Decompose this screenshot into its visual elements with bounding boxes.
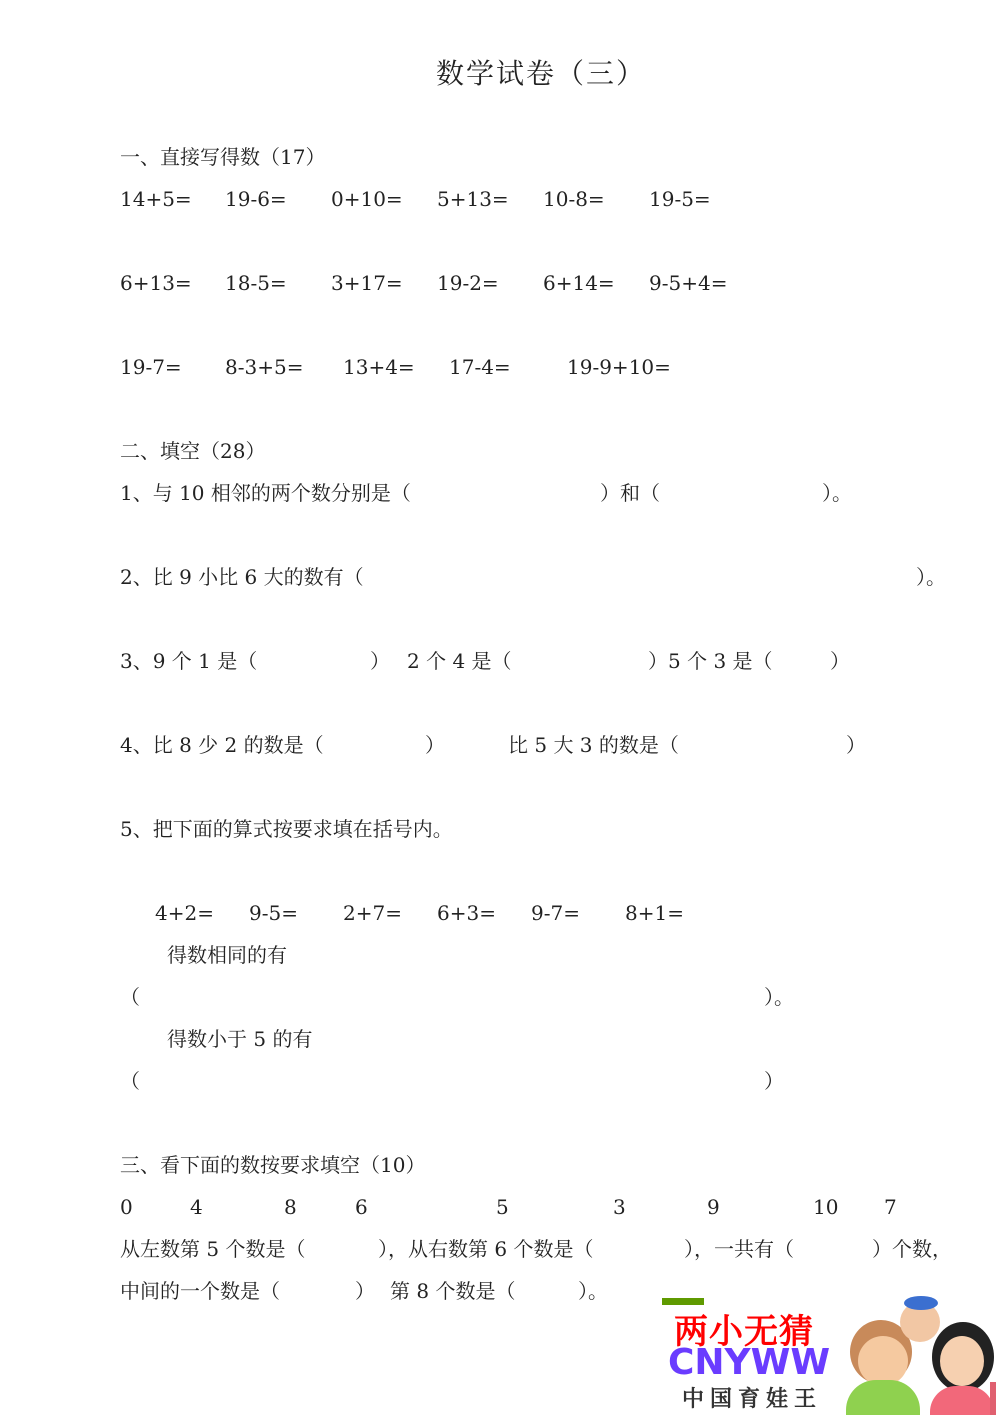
page-title: 数学试卷（三） <box>436 52 646 92</box>
same-result-close: ）。 <box>764 985 794 1009</box>
s3-line2: ） <box>355 1279 375 1303</box>
q3-text: 2 个 4 是（ <box>407 649 512 673</box>
expr: 9-5+4= <box>649 271 727 295</box>
expr: 8-3+5= <box>225 355 303 379</box>
q1-text: ）。 <box>822 481 852 505</box>
expr: 5+13= <box>437 187 509 211</box>
number: 5 <box>496 1195 509 1219</box>
q3-text: ） <box>830 649 850 673</box>
less-than-label: 得数小于 5 的有 <box>167 1027 312 1051</box>
q3-text: ）5 个 3 是（ <box>648 649 773 673</box>
expr: 2+7= <box>343 901 402 925</box>
section2-heading: 二、填空（28） <box>120 439 265 463</box>
expr: 19-5= <box>649 187 711 211</box>
number: 10 <box>813 1195 838 1219</box>
expr: 17-4= <box>449 355 511 379</box>
expr: 13+4= <box>343 355 415 379</box>
expr: 8+1= <box>625 901 684 925</box>
number: 0 <box>120 1195 133 1219</box>
s3-line2: 中间的一个数是（ <box>120 1279 280 1303</box>
s3-line1: ）个数， <box>872 1237 952 1261</box>
q3-text: ） <box>370 649 390 673</box>
q2-text: 2、比 9 小比 6 大的数有（ <box>120 565 364 589</box>
watermark-logo: 两小无猜 CNYWW 中国育娃王 <box>660 1296 1000 1415</box>
expr: 14+5= <box>120 187 192 211</box>
number: 6 <box>355 1195 368 1219</box>
same-result-open: （ <box>120 985 140 1009</box>
section1-heading: 一、直接写得数（17） <box>120 145 325 169</box>
q5-text: 5、把下面的算式按要求填在括号内。 <box>120 817 453 841</box>
expr: 6+3= <box>437 901 496 925</box>
q1-text: ）和（ <box>600 481 660 505</box>
s3-line1: ），一共有（ <box>684 1237 794 1261</box>
expr: 3+17= <box>331 271 403 295</box>
q3-text: 3、9 个 1 是（ <box>120 649 257 673</box>
expr: 19-2= <box>437 271 499 295</box>
q4-text: 4、比 8 少 2 的数是（ <box>120 733 324 757</box>
s3-line1: ），从右数第 6 个数是（ <box>378 1237 593 1261</box>
expr: 0+10= <box>331 187 403 211</box>
q4-text: ） <box>425 733 445 757</box>
decor-bar <box>990 1382 996 1415</box>
q4-text: ） <box>846 733 866 757</box>
s3-line1: 从左数第 5 个数是（ <box>120 1237 305 1261</box>
expr: 19-6= <box>225 187 287 211</box>
s3-line2: ）。 <box>578 1279 608 1303</box>
number: 4 <box>190 1195 203 1219</box>
expr: 6+14= <box>543 271 615 295</box>
logo-line3: 中国育娃王 <box>682 1382 822 1413</box>
same-result-label: 得数相同的有 <box>167 943 287 967</box>
s3-line2: 第 8 个数是（ <box>390 1279 515 1303</box>
expr: 6+13= <box>120 271 192 295</box>
expr: 4+2= <box>155 901 214 925</box>
expr: 10-8= <box>543 187 605 211</box>
expr: 19-7= <box>120 355 182 379</box>
q4-text: 比 5 大 3 的数是（ <box>508 733 679 757</box>
number: 7 <box>884 1195 897 1219</box>
number: 3 <box>613 1195 626 1219</box>
logo-line2: CNYWW <box>668 1342 830 1383</box>
expr: 18-5= <box>225 271 287 295</box>
expr: 19-9+10= <box>567 355 671 379</box>
number: 9 <box>707 1195 720 1219</box>
section3-heading: 三、看下面的数按要求填空（10） <box>120 1153 425 1177</box>
expr: 9-7= <box>531 901 580 925</box>
number: 8 <box>284 1195 297 1219</box>
expr: 9-5= <box>249 901 298 925</box>
less-than-open: （ <box>120 1069 140 1093</box>
q2-text: ）。 <box>916 565 946 589</box>
less-than-close: ） <box>764 1069 784 1093</box>
q1-text: 1、与 10 相邻的两个数分别是（ <box>120 481 411 505</box>
